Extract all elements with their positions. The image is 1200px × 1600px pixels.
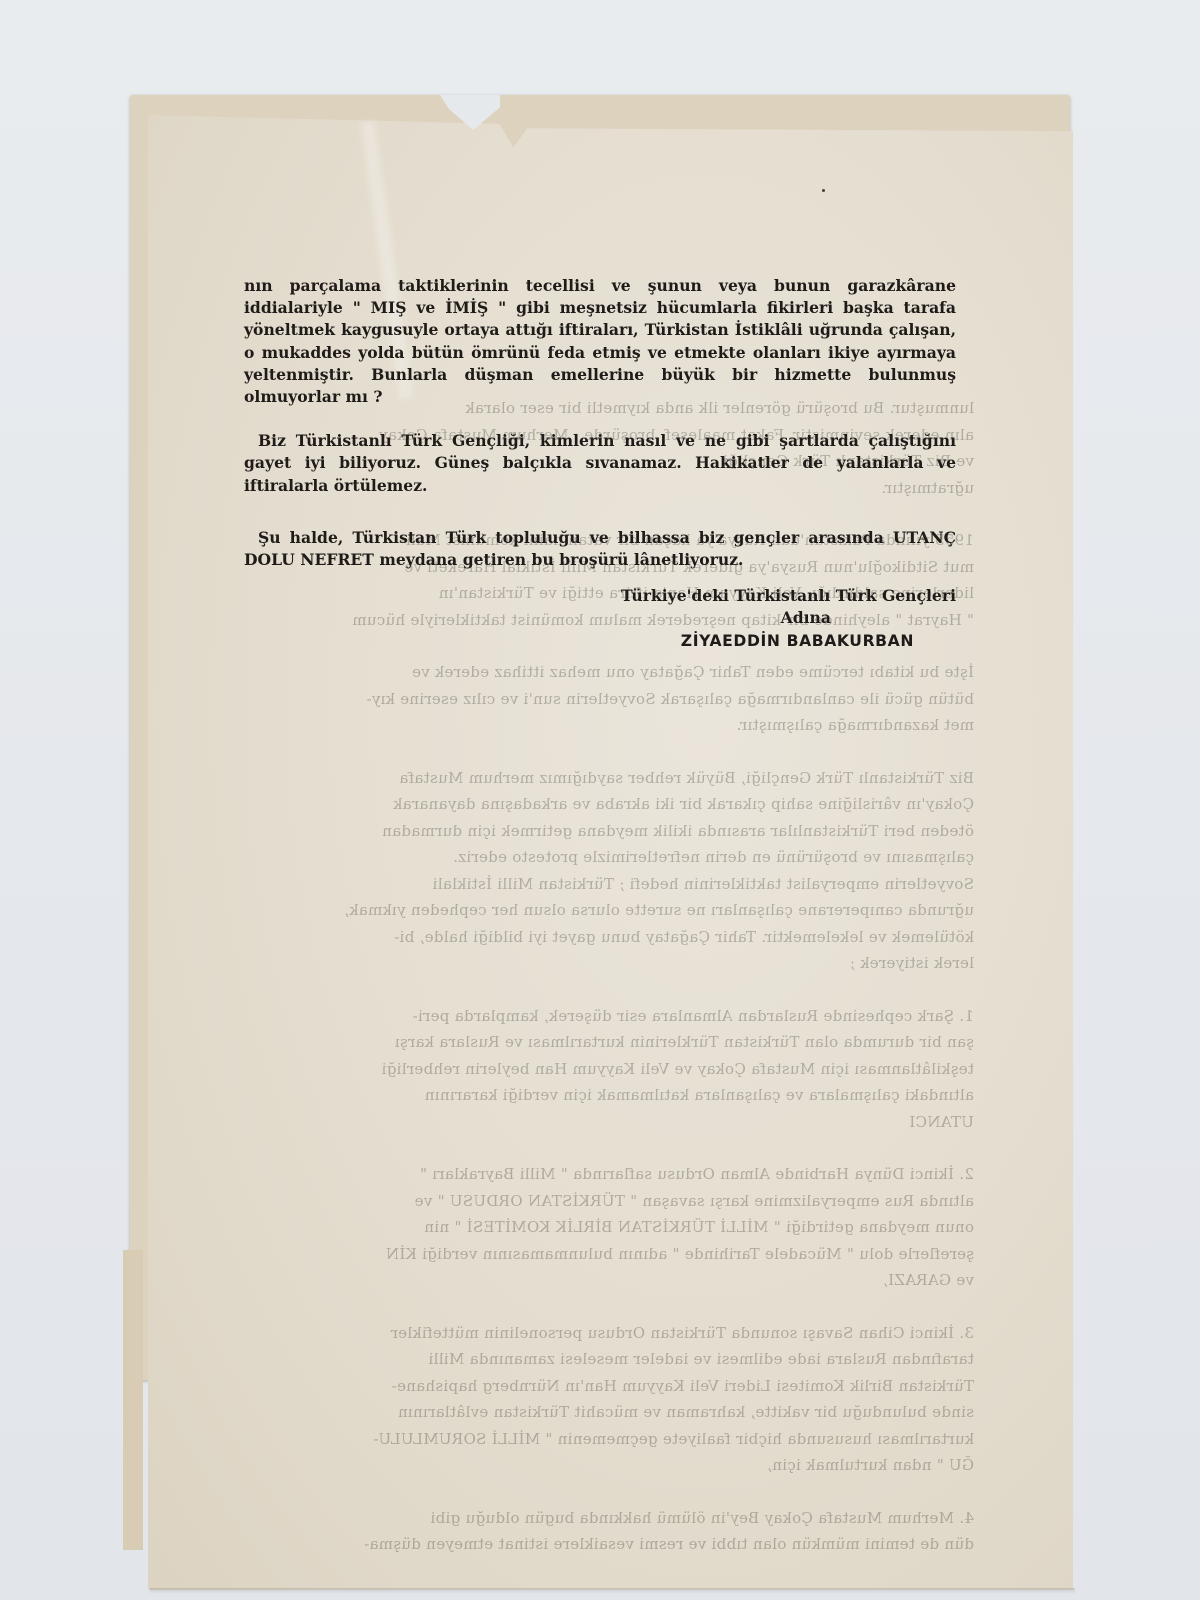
bleed-line: 1. Şark cephesinde Ruslardan Almanlara e… bbox=[244, 1003, 974, 1030]
bleed-line: kurtarılması hususunda hiçbir faaliyete … bbox=[244, 1426, 974, 1453]
bleed-line bbox=[244, 1294, 974, 1320]
signature-name: ZİYAEDDİN BABAKURBAN bbox=[244, 630, 956, 652]
bleed-line: İşte bu kitabı tercüme eden Tahir Çağata… bbox=[244, 659, 974, 686]
signature-organization: Türkiye'deki Türkistanlı Türk Gençleri bbox=[244, 585, 956, 607]
bleed-line: Sovyetlerin emperyalist taktiklerinin he… bbox=[244, 871, 974, 898]
bleed-line bbox=[244, 739, 974, 765]
bleed-line: altında Rus emperyalizmine karşı savaşan… bbox=[244, 1188, 974, 1215]
bleed-line: bütün gücü ile canlandırmağa çalışarak S… bbox=[244, 686, 974, 713]
bleed-line: şan bir durumda olan Türkistan Türklerin… bbox=[244, 1029, 974, 1056]
bleed-line: Çokay'ın vârisliğine sahip çıkarak bir i… bbox=[244, 791, 974, 818]
bleed-line: Türkistan Birlik Komitesi Lideri Veli Ka… bbox=[244, 1373, 974, 1400]
bleed-line: 2. İkinci Dünya Harbinde Alman Ordusu sa… bbox=[244, 1161, 974, 1188]
bleed-line: met kazandırmağa çalışmıştır. bbox=[244, 712, 974, 739]
bleed-line bbox=[244, 977, 974, 1003]
signature-on-behalf: Adına bbox=[244, 607, 956, 629]
paragraph-statement: Biz Türkistanlı Türk Gençliği, kimlerin … bbox=[244, 430, 956, 497]
bleed-line: tarafından Ruslara iade edilmesi ve iade… bbox=[244, 1346, 974, 1373]
bleed-line: dün de temini mümkün olan tıbbi ve resmi… bbox=[244, 1531, 974, 1558]
ink-speck bbox=[822, 189, 825, 192]
paragraph-accusation: nın parçalama taktiklerinin tecellisi ve… bbox=[244, 275, 956, 408]
bleed-line: 3. İkinci Cihan Savaşı sonunda Türkistan… bbox=[244, 1320, 974, 1347]
signature-block: Türkiye'deki Türkistanlı Türk Gençleri A… bbox=[244, 585, 956, 652]
sheet-shadow bbox=[150, 1588, 1075, 1594]
underlying-sheet-edge bbox=[123, 1250, 143, 1550]
bleed-line: Biz Türkistanlı Türk Gençliği, Büyük reh… bbox=[244, 765, 974, 792]
bleed-line: lerek istiyerek ; bbox=[244, 950, 974, 977]
bleed-line: kötülemek ve lekelemektir. Tahir Çağatay… bbox=[244, 924, 974, 951]
bleed-line: çalışmasını ve broşürünü en derin nefret… bbox=[244, 844, 974, 871]
bleed-line: 4. Merhum Mustafa Çokay Bey'in ölümü hak… bbox=[244, 1505, 974, 1532]
bleed-line: teşkilâtlanması için Mustafa Çokay ve Ve… bbox=[244, 1056, 974, 1083]
bleed-line: onun meydana getirdiği " MİLLİ TÜRKİSTAN… bbox=[244, 1214, 974, 1241]
bleed-line: sinde bulunduğu bir vakitte, kahraman ve… bbox=[244, 1399, 974, 1426]
printed-text: nın parçalama taktiklerinin tecellisi ve… bbox=[244, 275, 956, 652]
bleed-line: öteden beri Türkistanlılar arasında ikil… bbox=[244, 818, 974, 845]
bleed-line bbox=[244, 1135, 974, 1161]
bleed-line: ve GARAZI, bbox=[244, 1267, 974, 1294]
bleed-line: şereflerle dolu " Mücadele Tarihinde " a… bbox=[244, 1241, 974, 1268]
bleed-line: ĞU " ndan kurtulmak için, bbox=[244, 1452, 974, 1479]
paragraph-condemnation: Şu halde, Türkistan Türk topluluğu ve bi… bbox=[244, 527, 956, 571]
bleed-line bbox=[244, 1479, 974, 1505]
bleed-line: uğrunda canıpererane çalışanları ne sure… bbox=[244, 897, 974, 924]
bleed-line: altındaki çalışmalara ve çalışanlara kat… bbox=[244, 1082, 974, 1109]
bleed-line: UTANCI bbox=[244, 1109, 974, 1136]
